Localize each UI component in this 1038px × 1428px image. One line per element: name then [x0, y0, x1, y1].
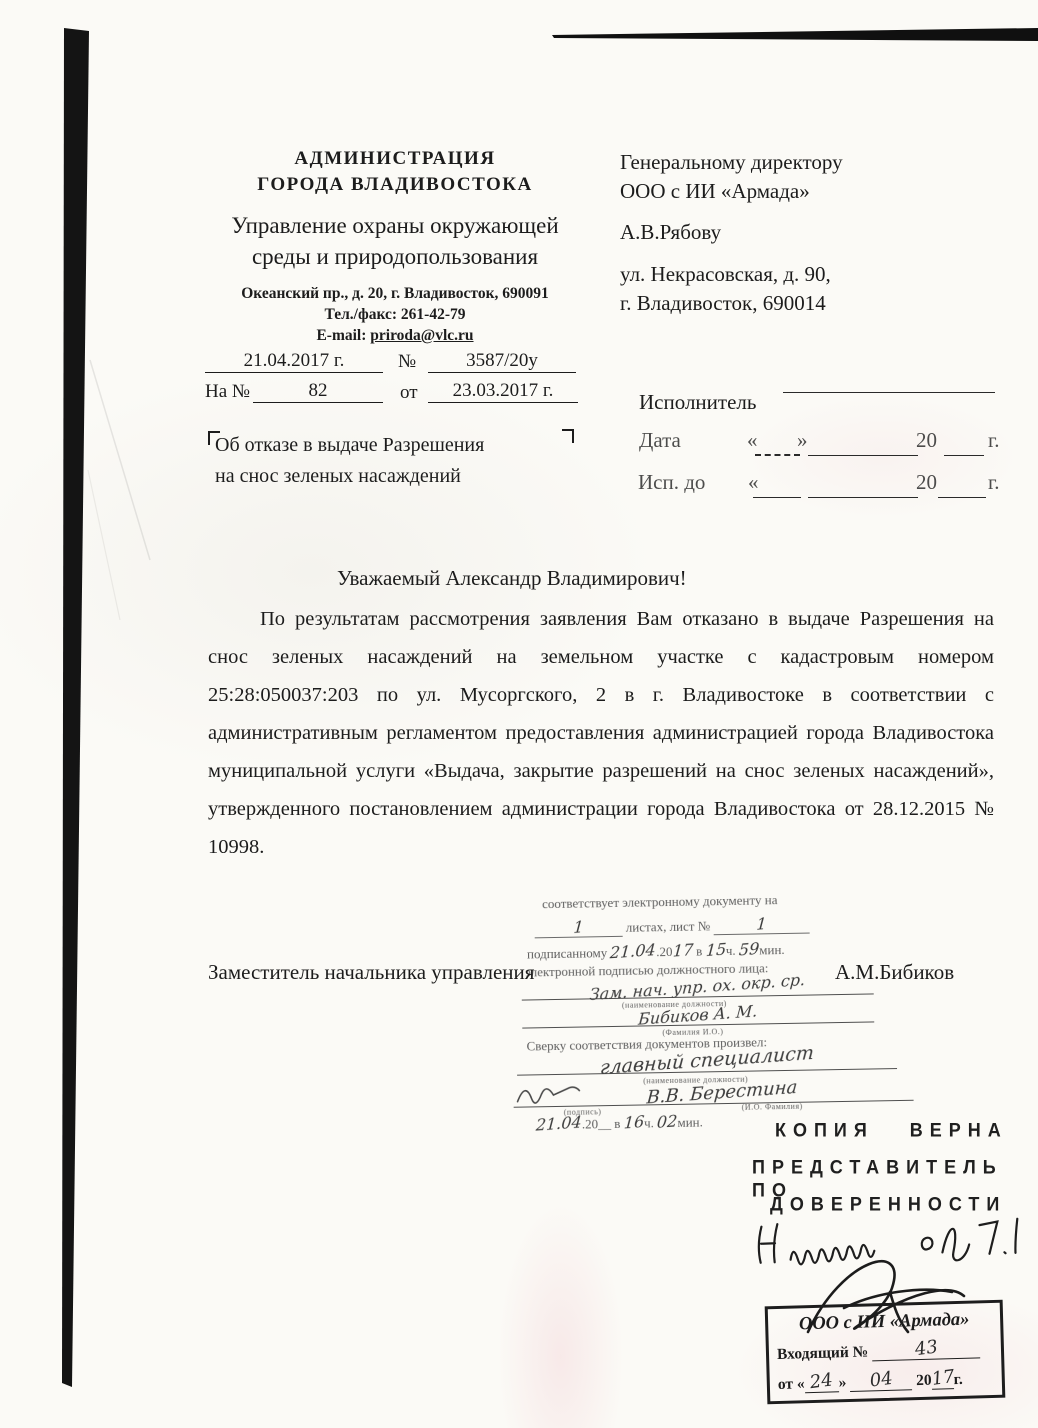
org-name-line2: ГОРОДА ВЛАДИВОСТОКА — [205, 172, 585, 198]
hour-label: ч. — [726, 943, 736, 958]
recipient-address2: г. Владивосток, 690014 — [620, 289, 1020, 318]
signer-name: А.М.Бибиков — [835, 960, 954, 985]
email-address: priroda@vlc.ru — [370, 327, 473, 344]
blank-day — [755, 434, 800, 456]
hw-verifier-signature-row: В.В. Берестина — [513, 1078, 913, 1108]
outgoing-number: 3587/20у — [428, 350, 576, 373]
signer-position: Заместитель начальника управления — [208, 960, 534, 985]
hw-incoming-day: 24 — [809, 1369, 834, 1393]
verify-minute-label: мин. — [677, 1114, 703, 1129]
sheets-label: листах, лист № — [626, 918, 711, 934]
hw-incoming-month: 04 — [868, 1368, 893, 1392]
incoming-month-blank: 04 — [850, 1368, 913, 1392]
hw-sign-minute: 59 — [738, 939, 760, 960]
outgoing-date-field: 21.04.2017 г. — [205, 350, 383, 373]
estamp-line3: подписанному 21.04.2017 в 15ч. 59мин. — [527, 939, 785, 962]
incoming-date-field: 23.03.2017 г. — [428, 380, 578, 403]
estamp-line2: 1 листах, лист № 1 — [534, 914, 809, 939]
blank-month — [808, 434, 918, 456]
incoming-number-label: Входящий № — [777, 1343, 869, 1363]
hw-verify-minute: 02 — [656, 1111, 678, 1132]
hw-verify-hour: 16 — [623, 1112, 645, 1133]
incoming-number-field: 82 — [253, 380, 383, 403]
scanned-letter-page: АДМИНИСТРАЦИЯ ГОРОДА ВЛАДИВОСТОКА Управл… — [0, 0, 1038, 1428]
recipient-org: ООО с ИИ «Армада» — [620, 177, 1020, 206]
verify-hour-label: ч. — [644, 1115, 654, 1130]
hw-sign-hour: 15 — [705, 939, 727, 960]
estamp-line6: 21.04.20__ в 16ч. 02мин. — [536, 1111, 703, 1133]
verifier-name-caption: (И.О. Фамилия) — [742, 1102, 803, 1112]
org-email-line: E-mail: priroda@vlc.ru — [205, 325, 585, 346]
incoming-number: 82 — [253, 380, 383, 403]
org-address: Океанский пр., д. 20, г. Владивосток, 69… — [205, 283, 585, 304]
org-phone: Тел./факс: 261-42-79 — [205, 304, 585, 325]
verify-year-template: .20__ — [582, 1116, 612, 1132]
crease-line — [90, 360, 150, 560]
year-prefix: 20 — [916, 428, 937, 453]
recipient-address1: ул. Некрасовская, д. 90, — [620, 260, 1020, 289]
until-label: Исп. до — [638, 470, 705, 495]
blank-year — [938, 476, 986, 498]
outgoing-number-field: 3587/20у — [428, 350, 576, 373]
verify-at-label: в — [614, 1116, 620, 1131]
recipient-title: Генеральному директору — [620, 148, 1020, 177]
verifier-signature-scribble — [513, 1084, 583, 1107]
recipient-person: А.В.Рябову — [620, 218, 1020, 247]
left-scan-bar — [62, 28, 89, 1387]
subject-line2: на снос зеленых насаждений — [215, 461, 575, 492]
hw-official-name: Бибиков А. М. — [522, 1002, 874, 1028]
department-line2: среды и природопользования — [205, 241, 585, 272]
incoming-stamp: ООО с ИИ «Армада» Входящий № 43 от «24» … — [765, 1300, 1006, 1405]
incoming-number-blank: 43 — [872, 1336, 981, 1361]
year-suffix: г. — [988, 470, 1000, 495]
representative-signature — [751, 1207, 1038, 1275]
hw-sign-year: 17 — [672, 940, 694, 961]
year-prefix: 20 — [916, 470, 937, 495]
salutation: Уважаемый Александр Владимирович! — [337, 566, 797, 591]
signed-label: подписанному — [527, 945, 607, 961]
hw-incoming-number: 43 — [913, 1336, 938, 1360]
estamp-line1: соответствует электронному документу на — [542, 892, 778, 912]
letterhead: АДМИНИСТРАЦИЯ ГОРОДА ВЛАДИВОСТОКА Управл… — [205, 146, 585, 346]
body-paragraph: По результатам рассмотрения заявления Ва… — [208, 600, 994, 866]
incoming-from-label: от « — [778, 1375, 805, 1393]
executor-label: Исполнитель — [639, 390, 756, 415]
hw-incoming-year: 17 — [930, 1366, 955, 1390]
recipient-block: Генеральному директору ООО с ИИ «Армада»… — [620, 148, 1020, 318]
executor-blank-line — [783, 392, 995, 393]
copy-stamp-line3: ДОВЕРЕННОСТИ — [770, 1193, 1006, 1216]
incoming-year-prefix: 20 — [916, 1372, 932, 1389]
date-label: Дата — [639, 428, 681, 453]
blank-month — [808, 476, 918, 498]
incoming-quote-close: » — [838, 1374, 846, 1391]
year-template: .20 — [656, 944, 673, 959]
reply-to-label: На № — [205, 381, 250, 403]
incoming-year-blank: 17 — [931, 1367, 954, 1390]
incoming-day-blank: 24 — [804, 1370, 839, 1393]
incoming-date-row: от «24» 04 2017г. — [778, 1366, 995, 1394]
sheets-count: 1 — [534, 917, 622, 939]
top-edge-line — [552, 28, 1038, 41]
from-label: от — [400, 382, 418, 404]
year-suffix: г. — [988, 428, 1000, 453]
copy-stamp-line1: КОПИЯ ВЕРНА — [775, 1119, 1008, 1142]
minute-label: мин. — [759, 942, 785, 957]
org-name-line1: АДМИНИСТРАЦИЯ — [205, 146, 585, 172]
incoming-date: 23.03.2017 г. — [428, 380, 578, 403]
subject-line1: Об отказе в выдаче Разрешения — [215, 430, 575, 461]
incoming-number-row: Входящий № 43 — [777, 1336, 994, 1364]
blank-year — [944, 434, 984, 456]
number-sign: № — [398, 351, 416, 373]
at-label: в — [696, 943, 702, 958]
blank-day — [753, 476, 801, 498]
incoming-stamp-org: ООО с ИИ «Армада» — [776, 1309, 993, 1336]
hw-sign-date: 21.04 — [610, 940, 657, 962]
crease-line — [88, 470, 120, 620]
sheet-number: 1 — [713, 914, 809, 936]
subject-block: Об отказе в выдаче Разрешения на снос зе… — [215, 430, 575, 492]
email-label: E-mail: — [316, 327, 370, 344]
outgoing-date: 21.04.2017 г. — [205, 350, 383, 373]
department-line1: Управление охраны окружающей — [205, 210, 585, 241]
e-signature-stamp: соответствует электронному документу на … — [520, 889, 934, 1131]
hw-verify-date: 21.04 — [535, 1112, 582, 1134]
